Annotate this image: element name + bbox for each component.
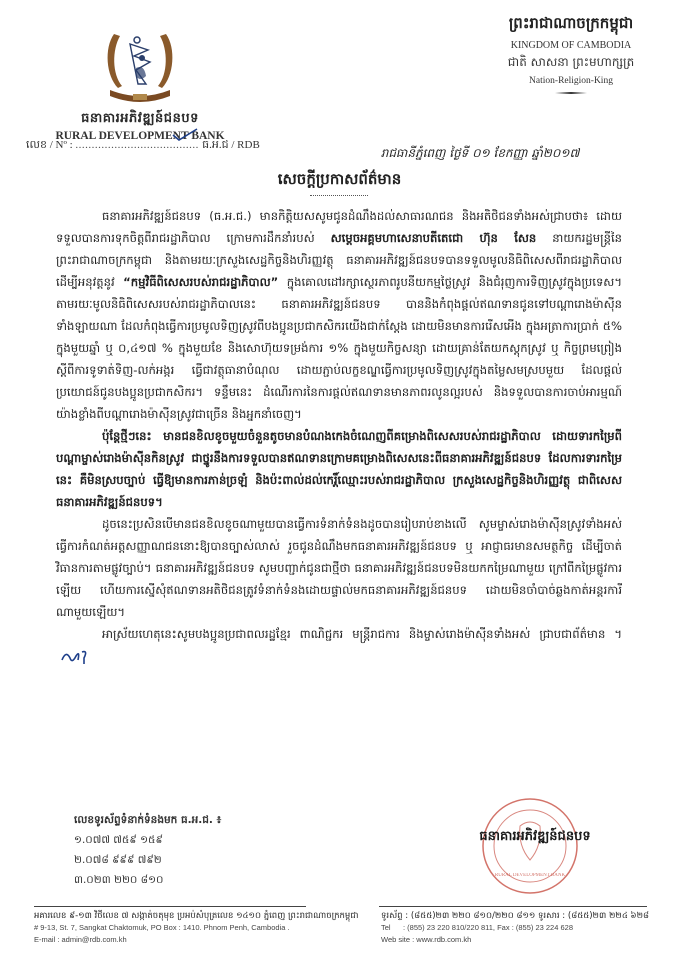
paragraph-2: ប៉ុន្តែថ្មីៗនេះ មានជនខិលខូចមួយចំនួនតូចមា…	[56, 425, 622, 513]
title-divider	[310, 195, 368, 196]
ref-dots: ......................................	[75, 139, 202, 151]
ref-suffix: ធ.អ.ជ / RDB	[202, 139, 260, 151]
website: Web site : www.rdb.com.kh	[381, 934, 649, 946]
initials-icon	[60, 648, 90, 666]
motto-khmer: ជាតិ សាសនា ព្រះមហាក្សត្រ	[476, 54, 666, 72]
date-line: រាជធានីភ្នំពេញ ថ្ងៃទី ០១ ខែកញ្ញា ឆ្នាំ២០…	[381, 145, 580, 163]
paragraph-3: ដូចនេះប្រសិនបើមានជនខិលខូចណាមួយបានធ្វើការ…	[56, 513, 622, 623]
contact-number-3: ៣.០២៣ ២២០ ៨១០	[74, 870, 221, 890]
contact-number-1: ១.០៧៧ ៧៥៩ ១៥៩	[74, 830, 221, 850]
stamp-bank-name: ធនាគារអភិវឌ្ឍន៍ជនបទ	[440, 828, 630, 847]
contact-number-2: ២.០៧៨ ៩៩៩ ៧៩២	[74, 850, 221, 870]
ref-label: លេខ / Nº :	[26, 139, 73, 151]
contact-heading: លេខទូរស័ព្ទទំនាក់ទំនងមក ធ.អ.ជ. ៖	[74, 810, 221, 830]
bank-logo-icon	[100, 28, 180, 108]
checkmark-icon	[171, 127, 199, 141]
document-body: ធនាគារអភិវឌ្ឍន៍ជនបទ (ធ.អ.ជ.) មានកិត្តិយស…	[56, 205, 622, 667]
kingdom-english: KINGDOM OF CAMBODIA	[476, 40, 666, 51]
paragraph-4: អាស្រ័យហេតុនេះសូមបងប្អូនប្រជាពលរដ្ឋខ្មែរ…	[56, 623, 622, 667]
footer-divider-right	[379, 906, 647, 907]
svg-text:RURAL DEVELOPMENT BANK: RURAL DEVELOPMENT BANK	[495, 873, 566, 878]
address-khmer: អគារលេខ ៩-១៣ វិថីលេខ ៧ សង្កាត់ចតុមុខ ប្រ…	[34, 910, 358, 922]
bank-name-khmer: ធនាគារអភិវឌ្ឍន៍ជនបទ	[40, 110, 240, 129]
motto-english: Nation-Religion-King	[476, 76, 666, 86]
motto-divider	[555, 92, 587, 94]
kingdom-khmer: ព្រះរាជាណាចក្រកម្ពុជា	[476, 14, 666, 36]
kingdom-header: ព្រះរាជាណាចក្រកម្ពុជា KINGDOM OF CAMBODI…	[476, 14, 666, 94]
phone-khmer: ទូរស័ព្ទ : (៨៥៥)២៣ ២២០ ៨១០/២២០ ៨១១ ទូរសា…	[381, 910, 649, 922]
email: E-mail : admin@rdb.com.kh	[34, 934, 358, 946]
document-title: សេចក្តីប្រកាសព័ត៌មាន	[0, 170, 679, 192]
footer-divider-left	[34, 906, 306, 907]
reference-number-line: លេខ / Nº : .............................…	[26, 138, 260, 154]
address-english: # 9-13, St. 7, Sangkat Chaktomuk, PO Box…	[34, 922, 358, 934]
bank-letterhead: ធនាគារអភិវឌ្ឍន៍ជនបទ RURAL DEVELOPMENT BA…	[40, 28, 240, 142]
footer-address: អគារលេខ ៩-១៣ វិថីលេខ ៧ សង្កាត់ចតុមុខ ប្រ…	[34, 910, 358, 946]
bold-program: “កម្មវិធីពិសេសរបស់រាជរដ្ឋាភិបាល”	[123, 275, 278, 289]
contact-numbers: លេខទូរស័ព្ទទំនាក់ទំនងមក ធ.អ.ជ. ៖ ១.០៧៧ ៧…	[74, 810, 221, 890]
bold-name: សម្តេចអគ្គមហាសេនាបតីតេជោ ហ៊ុន សែន	[331, 231, 537, 245]
telephone-fax: Tel: (855) 23 220 810/220 811, Fax : (85…	[381, 922, 649, 934]
paragraph-1: ធនាគារអភិវឌ្ឍន៍ជនបទ (ធ.អ.ជ.) មានកិត្តិយស…	[56, 205, 622, 425]
footer-contact: ទូរស័ព្ទ : (៨៥៥)២៣ ២២០ ៨១០/២២០ ៨១១ ទូរសា…	[381, 910, 649, 946]
